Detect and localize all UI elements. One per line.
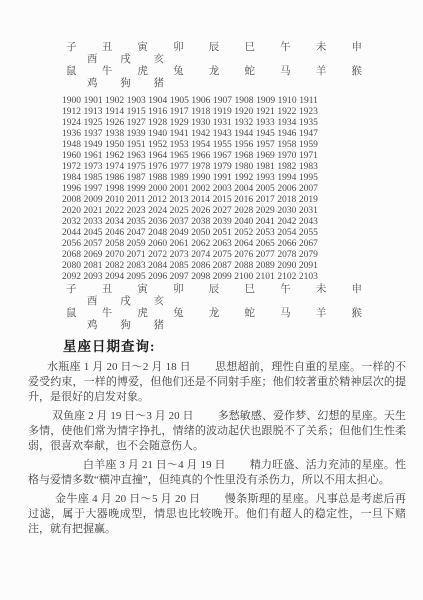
year-cell: 1954	[191, 140, 210, 151]
earthly-branches-wrap-row: 酉戌亥	[87, 296, 164, 308]
year-cell: 1984	[62, 173, 81, 184]
year-cell: 1935	[299, 118, 318, 129]
year-cell: 1940	[148, 129, 167, 140]
branch-char: 午	[280, 284, 291, 296]
year-cell: 2016	[234, 195, 253, 206]
year-cell: 2086	[191, 261, 210, 272]
year-cell: 1945	[256, 129, 275, 140]
year-cell: 2019	[299, 195, 318, 206]
year-cell: 1959	[299, 140, 318, 151]
year-cell-row: 2080208120822083208420852086208720882089…	[62, 261, 318, 272]
animal-char: 鸡	[87, 320, 98, 332]
year-cell: 1991	[213, 173, 232, 184]
year-cell: 2065	[256, 239, 275, 250]
year-cell: 2074	[191, 250, 210, 261]
year-cell: 2084	[148, 261, 167, 272]
year-cell: 1974	[105, 162, 124, 173]
year-cell: 1904	[148, 96, 167, 107]
year-cell: 1952	[148, 140, 167, 151]
year-cell: 2097	[170, 272, 189, 283]
animal-char: 马	[280, 308, 291, 320]
year-cell: 1928	[148, 118, 167, 129]
year-cell: 1977	[170, 162, 189, 173]
year-cell: 2080	[62, 261, 81, 272]
year-cell: 1923	[299, 107, 318, 118]
year-cell: 1919	[213, 107, 232, 118]
year-cell: 1933	[256, 118, 275, 129]
year-cell: 1903	[127, 96, 146, 107]
year-cell: 1922	[277, 107, 296, 118]
branch-char: 卯	[173, 42, 184, 54]
year-cell: 1920	[234, 107, 253, 118]
year-cell: 2075	[213, 250, 232, 261]
year-cell: 1953	[170, 140, 189, 151]
year-cell: 2076	[234, 250, 253, 261]
year-cell: 2034	[105, 217, 124, 228]
year-cell: 2038	[191, 217, 210, 228]
year-cell: 2093	[84, 272, 103, 283]
year-cell: 1961	[84, 151, 103, 162]
year-cell: 1931	[213, 118, 232, 129]
year-cell: 2077	[256, 250, 275, 261]
year-cell-row: 1996199719981999200020012002200320042005…	[62, 184, 318, 195]
year-cell: 1982	[277, 162, 296, 173]
year-cell: 1963	[127, 151, 146, 162]
year-cell: 2087	[213, 261, 232, 272]
earthly-branches-wrap-row: 酉戌亥	[87, 54, 164, 66]
year-cell: 2043	[299, 217, 318, 228]
animal-char: 猴	[352, 308, 363, 320]
year-cell: 2028	[234, 206, 253, 217]
year-cell: 2058	[105, 239, 124, 250]
year-cell: 1908	[235, 96, 254, 107]
year-cell: 1964	[148, 151, 167, 162]
year-cell: 1994	[277, 173, 296, 184]
year-cell: 1929	[170, 118, 189, 129]
year-cell: 1912	[62, 107, 81, 118]
year-cell: 1938	[105, 129, 124, 140]
year-cell: 2004	[234, 184, 253, 195]
year-cell-row: 2092209320942095209620972098209921002101…	[62, 272, 318, 283]
year-cell: 1911	[299, 96, 318, 107]
year-cell: 2078	[277, 250, 296, 261]
year-cell: 1916	[148, 107, 167, 118]
branch-char: 巳	[244, 284, 255, 296]
year-cell: 2088	[234, 261, 253, 272]
year-cell: 1987	[127, 173, 146, 184]
year-cell: 1942	[191, 129, 210, 140]
year-cell: 2000	[148, 184, 167, 195]
year-cell: 2098	[191, 272, 210, 283]
animal-char: 兔	[173, 308, 184, 320]
year-cell: 2053	[256, 228, 275, 239]
year-cell: 2045	[84, 228, 103, 239]
year-cell: 2069	[84, 250, 103, 261]
branch-char: 亥	[154, 54, 165, 66]
year-cell: 2040	[234, 217, 253, 228]
year-cell: 2073	[170, 250, 189, 261]
animal-char: 兔	[173, 66, 184, 78]
animal-char: 狗	[120, 320, 131, 332]
animal-char: 羊	[316, 308, 327, 320]
year-cell: 2024	[148, 206, 167, 217]
year-cell: 2025	[170, 206, 189, 217]
year-cell: 2103	[299, 272, 318, 283]
year-cell: 2020	[62, 206, 81, 217]
year-cell: 1972	[62, 162, 81, 173]
year-cell: 1993	[256, 173, 275, 184]
year-cell: 1944	[234, 129, 253, 140]
sign-name-dates: 双鱼座 2 月 19 日～3 月 20 日	[52, 410, 194, 422]
year-cell: 1925	[84, 118, 103, 129]
year-cell: 2011	[127, 195, 146, 206]
zodiac-animals-row: 鼠牛虎兔龙蛇马羊猴	[66, 308, 362, 320]
branch-char: 子	[66, 42, 77, 54]
year-cell: 1996	[62, 184, 81, 195]
year-cell: 2102	[277, 272, 296, 283]
sign-name-dates: 白羊座 3 月 21 日～4 月 19 日	[83, 459, 226, 471]
year-cell: 1995	[299, 173, 318, 184]
year-cell-row: 1972197319741975197619771978197919801981…	[62, 162, 318, 173]
year-cell: 1990	[191, 173, 210, 184]
branch-char: 午	[280, 42, 291, 54]
year-cell: 2049	[170, 228, 189, 239]
year-cell: 1983	[299, 162, 318, 173]
year-cell: 2061	[170, 239, 189, 250]
zodiac-header-table-top: 子丑寅卯辰巳午未申 酉戌亥 鼠牛虎兔龙蛇马羊猴 鸡狗猪	[66, 42, 362, 90]
branch-char: 未	[316, 42, 327, 54]
year-cell-row: 2020202120222023202420252026202720282029…	[62, 206, 318, 217]
year-cell: 2001	[170, 184, 189, 195]
animal-char: 蛇	[244, 308, 255, 320]
zodiac-animals-wrap-row: 鸡狗猪	[87, 78, 164, 90]
sign-name-dates: 水瓶座 1 月 20 日～2 月 18 日	[47, 361, 191, 373]
year-cell: 2070	[105, 250, 124, 261]
year-cell: 2057	[84, 239, 103, 250]
year-cell: 2100	[234, 272, 253, 283]
year-cell: 1967	[213, 151, 232, 162]
year-cell: 1910	[278, 96, 297, 107]
year-cell-row: 1900190119021903190419051906190719081909…	[62, 96, 318, 107]
year-cell: 1975	[127, 162, 146, 173]
year-cell: 2064	[234, 239, 253, 250]
animal-char: 虎	[137, 308, 148, 320]
year-cell: 2056	[62, 239, 81, 250]
year-cell: 1913	[84, 107, 103, 118]
year-cell: 1980	[234, 162, 253, 173]
horoscope-paragraphs: 水瓶座 1 月 20 日～2 月 18 日思想超前，理性自重的星座。一样的不爱受…	[28, 360, 406, 541]
year-cell: 2079	[299, 250, 318, 261]
year-cell: 1915	[127, 107, 146, 118]
year-cell: 2092	[62, 272, 81, 283]
year-cell: 1951	[127, 140, 146, 151]
year-cell: 2035	[127, 217, 146, 228]
year-cell: 2026	[191, 206, 210, 217]
year-cell: 2082	[105, 261, 124, 272]
animal-char: 猪	[154, 320, 165, 332]
year-cell: 1914	[105, 107, 124, 118]
year-cell: 1988	[148, 173, 167, 184]
year-cell-row: 1924192519261927192819291930193119321933…	[62, 118, 318, 129]
year-cell: 2006	[277, 184, 296, 195]
year-cell: 2027	[213, 206, 232, 217]
year-cell: 2055	[299, 228, 318, 239]
year-cell: 1937	[84, 129, 103, 140]
earthly-branches-row: 子丑寅卯辰巳午未申	[66, 42, 362, 54]
year-cell: 1939	[127, 129, 146, 140]
animal-char: 鸡	[87, 78, 98, 90]
year-cell: 2096	[148, 272, 167, 283]
branch-char: 辰	[209, 42, 220, 54]
year-cell-row: 1960196119621963196419651966196719681969…	[62, 151, 318, 162]
year-cell: 2039	[213, 217, 232, 228]
branch-char: 寅	[137, 42, 148, 54]
year-cell: 1907	[213, 96, 232, 107]
branch-char: 戌	[120, 296, 131, 308]
year-cell: 2081	[84, 261, 103, 272]
year-cell: 2044	[62, 228, 81, 239]
year-cell: 2050	[191, 228, 210, 239]
branch-char: 申	[352, 284, 363, 296]
year-cell: 1973	[84, 162, 103, 173]
animal-char: 猴	[352, 66, 363, 78]
year-cell: 1979	[213, 162, 232, 173]
animal-char: 鼠	[66, 66, 77, 78]
year-cell: 2048	[148, 228, 167, 239]
year-cell: 1968	[234, 151, 253, 162]
year-cell: 2015	[213, 195, 232, 206]
animal-char: 狗	[120, 78, 131, 90]
year-cell: 2063	[213, 239, 232, 250]
year-cell-row: 2044204520462047204820492050205120522053…	[62, 228, 318, 239]
year-cell: 1966	[191, 151, 210, 162]
animal-char: 蛇	[244, 66, 255, 78]
year-cell: 1981	[256, 162, 275, 173]
branch-char: 申	[352, 42, 363, 54]
year-cell: 2036	[148, 217, 167, 228]
year-cell: 1921	[256, 107, 275, 118]
year-cell: 1971	[299, 151, 318, 162]
year-cell: 2046	[105, 228, 124, 239]
zodiac-animals-row: 鼠牛虎兔龙蛇马羊猴	[66, 66, 362, 78]
year-cell: 1956	[234, 140, 253, 151]
year-cell-row: 1912191319141915191619171918191919201921…	[62, 107, 318, 118]
year-cell: 2013	[169, 195, 188, 206]
year-cell: 2067	[299, 239, 318, 250]
year-cell: 2030	[277, 206, 296, 217]
year-cell: 2059	[127, 239, 146, 250]
zodiac-animals-wrap-row: 鸡狗猪	[87, 320, 164, 332]
year-cell: 2083	[127, 261, 146, 272]
branch-char: 巳	[244, 42, 255, 54]
year-cell: 2022	[105, 206, 124, 217]
year-cell: 1948	[62, 140, 81, 151]
year-cell: 2060	[148, 239, 167, 250]
year-cell: 2052	[234, 228, 253, 239]
year-cell: 2023	[127, 206, 146, 217]
year-cell: 2099	[213, 272, 232, 283]
animal-char: 龙	[209, 308, 220, 320]
year-cell: 2062	[191, 239, 210, 250]
branch-char: 丑	[102, 42, 113, 54]
year-cell-row: 1984198519861987198819891990199119921993…	[62, 173, 318, 184]
year-cell: 2017	[256, 195, 275, 206]
year-cell-row: 2068206920702071207220732074207520762077…	[62, 250, 318, 261]
year-cell: 2014	[191, 195, 210, 206]
year-cell: 2041	[256, 217, 275, 228]
animal-char: 牛	[102, 308, 113, 320]
branch-char: 丑	[102, 284, 113, 296]
year-cell: 1900	[62, 96, 81, 107]
year-cell: 1958	[277, 140, 296, 151]
year-cell: 2101	[256, 272, 275, 283]
year-cell: 2010	[105, 195, 124, 206]
zodiac-year-table: 1900190119021903190419051906190719081909…	[62, 96, 318, 283]
animal-char: 鼠	[66, 308, 77, 320]
year-cell: 1965	[170, 151, 189, 162]
year-cell: 1970	[277, 151, 296, 162]
year-cell: 2018	[277, 195, 296, 206]
year-cell: 2054	[277, 228, 296, 239]
year-cell-row: 1948194919501951195219531954195519561957…	[62, 140, 318, 151]
horoscope-paragraph-aquarius: 水瓶座 1 月 20 日～2 月 18 日思想超前，理性自重的星座。一样的不爱受…	[28, 360, 406, 405]
year-cell: 2091	[299, 261, 318, 272]
year-cell: 2095	[127, 272, 146, 283]
animal-char: 牛	[102, 66, 113, 78]
branch-char: 寅	[137, 284, 148, 296]
year-cell: 1999	[127, 184, 146, 195]
year-cell: 1960	[62, 151, 81, 162]
animal-char: 猪	[154, 78, 165, 90]
year-cell: 1917	[170, 107, 189, 118]
branch-char: 酉	[87, 54, 98, 66]
year-cell: 2037	[170, 217, 189, 228]
sign-name-dates: 金牛座 4 月 20 日～5 月 20 日	[55, 493, 200, 505]
year-cell: 2068	[62, 250, 81, 261]
year-cell-row: 2008200920102011201220132014201520162017…	[62, 195, 318, 206]
year-cell: 2008	[62, 195, 81, 206]
year-cell-row: 2056205720582059206020612062206320642065…	[62, 239, 318, 250]
year-cell: 1978	[191, 162, 210, 173]
year-cell: 1946	[277, 129, 296, 140]
year-cell: 1955	[213, 140, 232, 151]
horoscope-paragraph-taurus: 金牛座 4 月 20 日～5 月 20 日慢条斯理的星座。凡事总是考虑后再过滤，…	[28, 492, 406, 537]
year-cell: 1902	[105, 96, 124, 107]
year-cell: 2047	[127, 228, 146, 239]
year-cell: 1957	[256, 140, 275, 151]
branch-char: 亥	[154, 296, 165, 308]
year-cell: 1930	[191, 118, 210, 129]
year-cell: 1986	[105, 173, 124, 184]
branch-char: 酉	[87, 296, 98, 308]
year-cell: 1906	[191, 96, 210, 107]
year-cell: 2071	[127, 250, 146, 261]
year-cell: 2031	[299, 206, 318, 217]
year-cell: 2033	[84, 217, 103, 228]
year-cell: 2021	[84, 206, 103, 217]
animal-char: 虎	[137, 66, 148, 78]
year-cell: 1997	[84, 184, 103, 195]
branch-char: 子	[66, 284, 77, 296]
zodiac-header-table-bottom: 子丑寅卯辰巳午未申 酉戌亥 鼠牛虎兔龙蛇马羊猴 鸡狗猪	[66, 284, 362, 332]
year-cell: 1947	[299, 129, 318, 140]
branch-char: 辰	[209, 284, 220, 296]
branch-char: 卯	[173, 284, 184, 296]
year-cell: 1969	[256, 151, 275, 162]
horoscope-paragraph-pisces: 双鱼座 2 月 19 日～3 月 20 日多愁敏感、爱作梦、幻想的星座。天生多情…	[28, 409, 406, 454]
year-cell: 1932	[234, 118, 253, 129]
year-cell: 2002	[191, 184, 210, 195]
earthly-branches-row: 子丑寅卯辰巳午未申	[66, 284, 362, 296]
year-cell: 2029	[256, 206, 275, 217]
year-cell-row: 1936193719381939194019411942194319441945…	[62, 129, 318, 140]
year-cell: 1936	[62, 129, 81, 140]
year-cell: 2005	[256, 184, 275, 195]
animal-char: 龙	[209, 66, 220, 78]
year-cell: 2090	[277, 261, 296, 272]
year-cell: 1943	[213, 129, 232, 140]
year-cell: 2007	[299, 184, 318, 195]
year-cell: 1998	[105, 184, 124, 195]
year-cell: 2089	[256, 261, 275, 272]
year-cell: 1949	[84, 140, 103, 151]
year-cell: 1941	[170, 129, 189, 140]
year-cell: 2051	[213, 228, 232, 239]
year-cell: 1989	[170, 173, 189, 184]
branch-char: 戌	[120, 54, 131, 66]
year-cell: 1918	[191, 107, 210, 118]
year-cell: 1976	[148, 162, 167, 173]
animal-char: 马	[280, 66, 291, 78]
year-cell: 1927	[127, 118, 146, 129]
year-cell: 1924	[62, 118, 81, 129]
year-cell: 1950	[105, 140, 124, 151]
section-heading: 星座日期查询:	[63, 335, 156, 355]
year-cell: 2012	[148, 195, 167, 206]
animal-char: 羊	[316, 66, 327, 78]
year-cell: 2072	[148, 250, 167, 261]
year-cell: 1901	[84, 96, 103, 107]
year-cell-row: 2032203320342035203620372038203920402041…	[62, 217, 318, 228]
year-cell: 2032	[62, 217, 81, 228]
horoscope-paragraph-aries: 白羊座 3 月 21 日～4 月 19 日精力旺盛、活力充沛的星座。性格与爱情多…	[28, 458, 406, 488]
year-cell: 1905	[170, 96, 189, 107]
year-cell: 1985	[84, 173, 103, 184]
year-cell: 1926	[105, 118, 124, 129]
document-page: 子丑寅卯辰巳午未申 酉戌亥 鼠牛虎兔龙蛇马羊猴 鸡狗猪 190019011902…	[0, 0, 423, 600]
year-cell: 2009	[84, 195, 103, 206]
branch-char: 未	[316, 284, 327, 296]
year-cell: 2042	[277, 217, 296, 228]
year-cell: 2003	[213, 184, 232, 195]
year-cell: 2085	[170, 261, 189, 272]
year-cell: 1962	[105, 151, 124, 162]
year-cell: 1909	[256, 96, 275, 107]
year-cell: 2066	[277, 239, 296, 250]
year-cell: 2094	[105, 272, 124, 283]
year-cell: 1992	[234, 173, 253, 184]
year-cell: 1934	[277, 118, 296, 129]
